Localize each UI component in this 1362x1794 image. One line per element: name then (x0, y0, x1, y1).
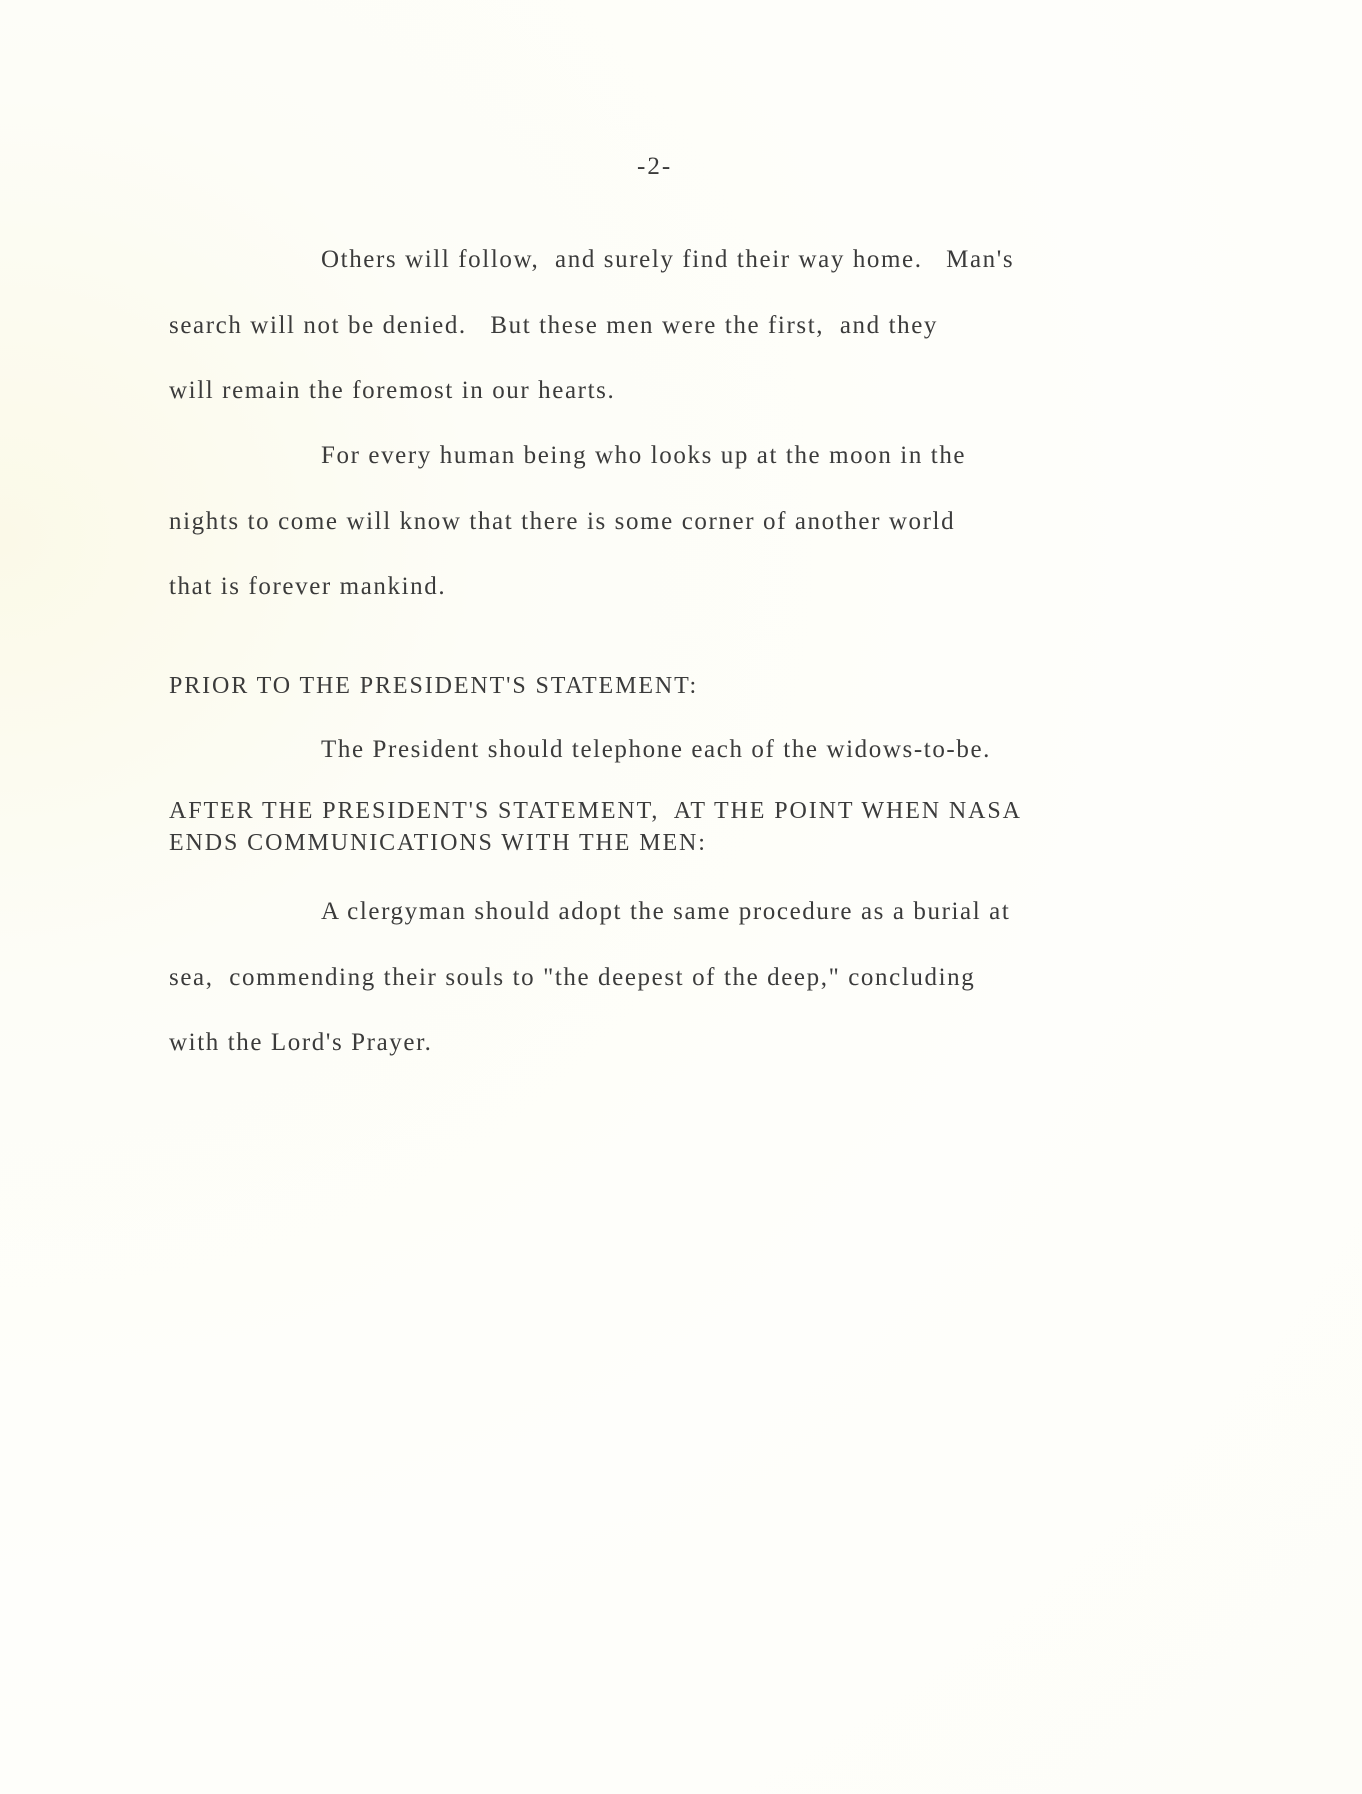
paragraph-line: nights to come will know that there is s… (169, 509, 955, 534)
paragraph-line: Others will follow, and surely find thei… (321, 247, 1014, 272)
section-body-line: with the Lord's Prayer. (169, 1030, 432, 1055)
paragraph-line: For every human being who looks up at th… (321, 443, 966, 468)
section-heading: PRIOR TO THE PRESIDENT'S STATEMENT: (169, 674, 698, 698)
section-body-line: The President should telephone each of t… (321, 737, 991, 762)
paragraph-line: search will not be denied. But these men… (169, 313, 938, 338)
paragraph-line: will remain the foremost in our hearts. (169, 378, 615, 403)
page-number: -2- (637, 154, 672, 179)
section-heading: ENDS COMMUNICATIONS WITH THE MEN: (169, 831, 707, 855)
paragraph-line: that is forever mankind. (169, 574, 446, 599)
section-heading: AFTER THE PRESIDENT'S STATEMENT, AT THE … (169, 799, 1022, 823)
section-body-line: sea, commending their souls to "the deep… (169, 965, 975, 990)
section-body-line: A clergyman should adopt the same proced… (321, 899, 1010, 924)
